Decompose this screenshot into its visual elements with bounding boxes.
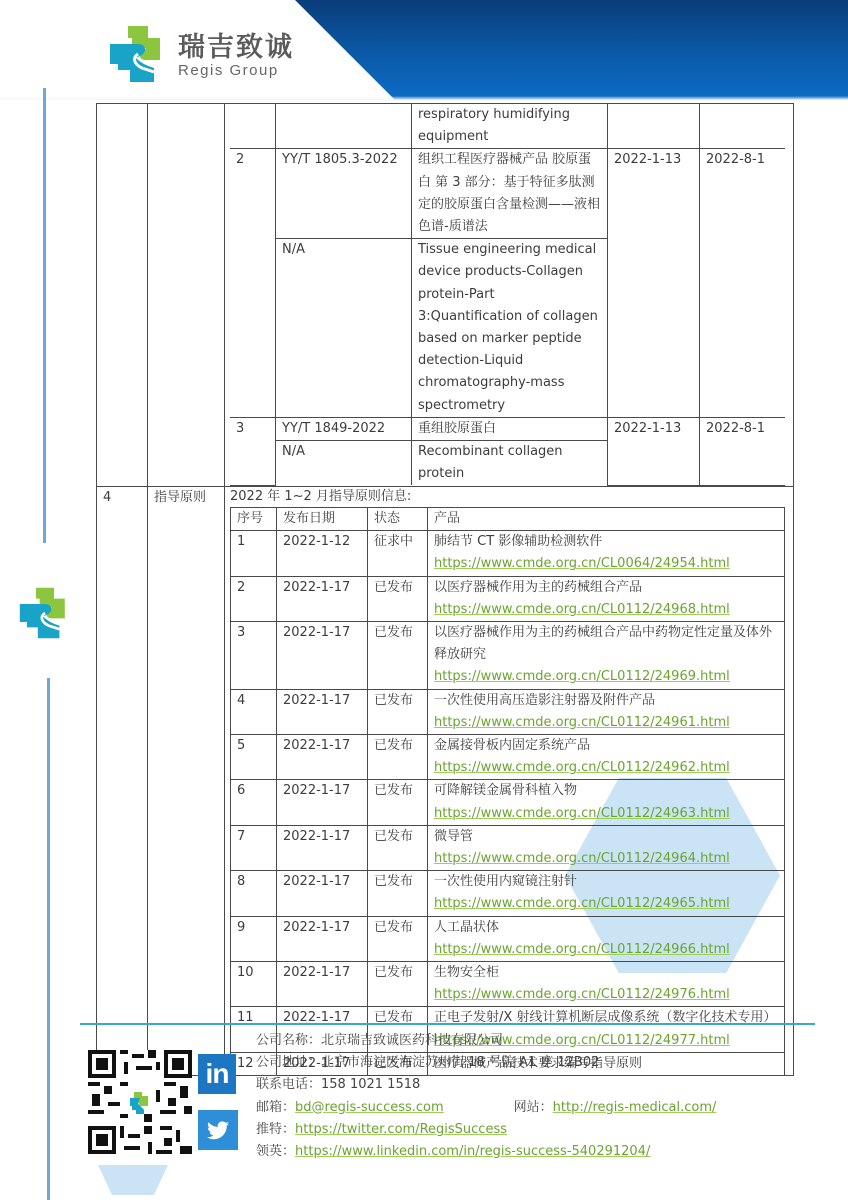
row-category-cell: 指导原则	[148, 486, 225, 1075]
guideline-product: 肺结节 CT 影像辅助检测软件	[434, 531, 778, 553]
linkedin-label: 领英：	[256, 1144, 295, 1159]
guideline-product: 正电子发射/X 射线计算机断层成像系统（数字化技术专用）	[434, 1007, 778, 1029]
guideline-row: 72022-1-17已发布微导管https://www.cmde.org.cn/…	[231, 825, 785, 870]
guideline-product: 人工晶状体	[434, 917, 778, 939]
website-link[interactable]: http://regis-medical.com/	[553, 1100, 717, 1115]
guideline-link[interactable]: https://www.cmde.org.cn/CL0112/24963.htm…	[434, 806, 730, 821]
guideline-row: 102022-1-17已发布生物安全柜https://www.cmde.org.…	[231, 962, 785, 1007]
twitter-icon[interactable]	[198, 1110, 238, 1150]
standard-name: respiratory humidifying equipment	[412, 104, 608, 149]
standard-code: YY/T 1805.3-2022	[276, 149, 412, 239]
guideline-product-cell: 一次性使用高压造影注射器及附件产品https://www.cmde.org.cn…	[428, 689, 785, 734]
standard-code	[276, 104, 412, 149]
guideline-link[interactable]: https://www.cmde.org.cn/CL0112/24969.htm…	[434, 669, 730, 684]
guideline-link[interactable]: https://www.cmde.org.cn/CL0112/24965.htm…	[434, 896, 730, 911]
footer-email-website: 邮箱：bd@regis-success.com网站：http://regis-m…	[256, 1097, 716, 1119]
qr-code-icon[interactable]	[88, 1050, 192, 1154]
footer-linkedin: 领英：https://www.linkedin.com/in/regis-suc…	[256, 1141, 716, 1163]
address-label: 公司地址：	[256, 1055, 321, 1070]
row-number-cell: 4	[97, 486, 148, 1075]
guideline-link[interactable]: https://www.cmde.org.cn/CL0112/24976.htm…	[434, 987, 730, 1002]
guideline-date: 2022-1-17	[277, 825, 368, 870]
publish-date	[608, 104, 700, 149]
guidelines-title: 2022 年 1~2 月指导原则信息:	[230, 487, 785, 507]
standards-table: respiratory humidifying equipment 2 YY/T…	[230, 104, 785, 486]
guideline-row: 92022-1-17已发布人工晶状体https://www.cmde.org.c…	[231, 916, 785, 961]
footer-company: 公司名称：北京瑞吉致诚医药科技有限公司	[256, 1030, 716, 1052]
guideline-product: 微导管	[434, 826, 778, 848]
guideline-number: 10	[231, 962, 277, 1007]
guideline-product: 生物安全柜	[434, 962, 778, 984]
side-logo-icon	[18, 585, 72, 641]
standard-name-en: Recombinant collagen protein	[412, 441, 608, 486]
website-label: 网站：	[514, 1100, 553, 1115]
guideline-date: 2022-1-17	[277, 962, 368, 1007]
regulation-table: respiratory humidifying equipment 2 YY/T…	[96, 103, 794, 1076]
guideline-product: 一次性使用内窥镜注射针	[434, 871, 778, 893]
guideline-product-cell: 一次性使用内窥镜注射针https://www.cmde.org.cn/CL011…	[428, 871, 785, 916]
implement-date: 2022-8-1	[700, 149, 786, 417]
guideline-date: 2022-1-17	[277, 916, 368, 961]
linkedin-link[interactable]: https://www.linkedin.com/in/regis-succes…	[295, 1144, 650, 1159]
guideline-number: 1	[231, 531, 277, 576]
column-header: 状态	[368, 507, 428, 530]
guideline-product-cell: 金属接骨板内固定系统产品https://www.cmde.org.cn/CL01…	[428, 734, 785, 779]
company-label: 公司名称：	[256, 1033, 321, 1048]
row-category-cell	[148, 104, 225, 487]
guideline-date: 2022-1-17	[277, 621, 368, 689]
footer-divider	[80, 1023, 815, 1025]
guideline-row: 62022-1-17已发布可降解镁金属骨科植入物https://www.cmde…	[231, 780, 785, 825]
guideline-date: 2022-1-17	[277, 780, 368, 825]
address-value: 北京市海淀区海淀苏州街 18 号院 A1 座 12B02	[321, 1055, 599, 1070]
guideline-link[interactable]: https://www.cmde.org.cn/CL0112/24964.htm…	[434, 851, 730, 866]
guideline-number: 5	[231, 734, 277, 779]
guideline-number: 9	[231, 916, 277, 961]
guideline-product-cell: 人工晶状体https://www.cmde.org.cn/CL0112/2496…	[428, 916, 785, 961]
guideline-link[interactable]: https://www.cmde.org.cn/CL0112/24966.htm…	[434, 942, 730, 957]
twitter-label: 推特：	[256, 1122, 295, 1137]
email-link[interactable]: bd@regis-success.com	[295, 1100, 444, 1115]
standards-cell: respiratory humidifying equipment 2 YY/T…	[225, 104, 794, 487]
table-row-guidelines: 4 指导原则 2022 年 1~2 月指导原则信息: 序号 发布日期 状态 产品…	[97, 486, 794, 1075]
regis-logo-icon	[108, 24, 168, 84]
guideline-row: 32022-1-17已发布以医疗器械作用为主的药械组合产品中药物定性定量及体外释…	[231, 621, 785, 689]
brand-name-en: Regis Group	[178, 63, 279, 79]
watermark-hexagon-small	[98, 1165, 168, 1195]
guideline-product-cell: 肺结节 CT 影像辅助检测软件https://www.cmde.org.cn/C…	[428, 531, 785, 576]
standard-index: 2	[230, 149, 276, 417]
footer-twitter: 推特：https://twitter.com/RegisSuccess	[256, 1119, 716, 1141]
guideline-status: 已发布	[368, 689, 428, 734]
guideline-row: 12022-1-12征求中肺结节 CT 影像辅助检测软件https://www.…	[231, 531, 785, 576]
guideline-date: 2022-1-17	[277, 576, 368, 621]
guideline-number: 3	[231, 621, 277, 689]
standard-code-alt: N/A	[276, 441, 412, 486]
guideline-link[interactable]: https://www.cmde.org.cn/CL0112/24968.htm…	[434, 602, 730, 617]
guideline-number: 6	[231, 780, 277, 825]
standard-name: 组织工程医疗器械产品 胶原蛋白 第 3 部分：基于特征多肽测定的胶原蛋白含量检测…	[412, 149, 608, 239]
table-row: 3 YY/T 1849-2022 重组胶原蛋白 2022-1-13 2022-8…	[230, 417, 785, 440]
publish-date: 2022-1-13	[608, 149, 700, 417]
column-header: 发布日期	[277, 507, 368, 530]
guideline-status: 已发布	[368, 780, 428, 825]
guideline-product-cell: 生物安全柜https://www.cmde.org.cn/CL0112/2497…	[428, 962, 785, 1007]
guideline-row: 22022-1-17已发布以医疗器械作用为主的药械组合产品https://www…	[231, 576, 785, 621]
guideline-product-cell: 可降解镁金属骨科植入物https://www.cmde.org.cn/CL011…	[428, 780, 785, 825]
guideline-product: 金属接骨板内固定系统产品	[434, 735, 778, 757]
guideline-number: 4	[231, 689, 277, 734]
column-header: 序号	[231, 507, 277, 530]
standard-code: YY/T 1849-2022	[276, 417, 412, 440]
guideline-date: 2022-1-12	[277, 531, 368, 576]
guideline-row: 42022-1-17已发布一次性使用高压造影注射器及附件产品https://ww…	[231, 689, 785, 734]
standard-name: 重组胶原蛋白	[412, 417, 608, 440]
guideline-status: 已发布	[368, 825, 428, 870]
guideline-product-cell: 以医疗器械作用为主的药械组合产品中药物定性定量及体外释放研究https://ww…	[428, 621, 785, 689]
guideline-product: 以医疗器械作用为主的药械组合产品中药物定性定量及体外释放研究	[434, 622, 778, 666]
phone-label: 联系电话：	[256, 1077, 321, 1092]
publish-date: 2022-1-13	[608, 417, 700, 485]
guideline-status: 已发布	[368, 962, 428, 1007]
guideline-status: 已发布	[368, 621, 428, 689]
guideline-link[interactable]: https://www.cmde.org.cn/CL0064/24954.htm…	[434, 556, 730, 571]
implement-date: 2022-8-1	[700, 417, 786, 485]
side-rule-top	[43, 88, 46, 543]
guideline-status: 已发布	[368, 916, 428, 961]
guideline-product: 以医疗器械作用为主的药械组合产品	[434, 577, 778, 599]
brand-name-cn: 瑞吉致诚	[178, 33, 294, 63]
guideline-date: 2022-1-17	[277, 871, 368, 916]
table-row-standards: respiratory humidifying equipment 2 YY/T…	[97, 104, 794, 487]
footer-phone: 联系电话：158 1021 1518	[256, 1074, 716, 1096]
guideline-row: 82022-1-17已发布一次性使用内窥镜注射针https://www.cmde…	[231, 871, 785, 916]
guideline-link[interactable]: https://www.cmde.org.cn/CL0112/24962.htm…	[434, 760, 730, 775]
row-number-cell	[97, 104, 148, 487]
linkedin-icon[interactable]: in	[198, 1054, 236, 1094]
guideline-status: 已发布	[368, 734, 428, 779]
guideline-date: 2022-1-17	[277, 734, 368, 779]
guidelines-table: 序号 发布日期 状态 产品 12022-1-12征求中肺结节 CT 影像辅助检测…	[230, 507, 785, 1075]
guidelines-cell: 2022 年 1~2 月指导原则信息: 序号 发布日期 状态 产品 12022-…	[225, 486, 794, 1075]
implement-date	[700, 104, 786, 149]
footer-contact: 公司名称：北京瑞吉致诚医药科技有限公司 公司地址：北京市海淀区海淀苏州街 18 …	[256, 1030, 716, 1163]
guidelines-header-row: 序号 发布日期 状态 产品	[231, 507, 785, 530]
guideline-product-cell: 以医疗器械作用为主的药械组合产品https://www.cmde.org.cn/…	[428, 576, 785, 621]
company-name: 北京瑞吉致诚医药科技有限公司	[321, 1033, 503, 1048]
guideline-status: 征求中	[368, 531, 428, 576]
guideline-product: 一次性使用高压造影注射器及附件产品	[434, 690, 778, 712]
table-row: respiratory humidifying equipment	[230, 104, 785, 149]
table-row: 2 YY/T 1805.3-2022 组织工程医疗器械产品 胶原蛋白 第 3 部…	[230, 149, 785, 239]
guideline-number: 7	[231, 825, 277, 870]
guideline-link[interactable]: https://www.cmde.org.cn/CL0112/24961.htm…	[434, 715, 730, 730]
standard-index	[230, 104, 276, 149]
standard-name-en: Tissue engineering medical device produc…	[412, 239, 608, 418]
email-label: 邮箱：	[256, 1100, 295, 1115]
standard-code-alt: N/A	[276, 239, 412, 418]
footer-address: 公司地址：北京市海淀区海淀苏州街 18 号院 A1 座 12B02	[256, 1052, 716, 1074]
standard-index: 3	[230, 417, 276, 485]
side-rule-bottom	[47, 678, 50, 1200]
column-header: 产品	[428, 507, 785, 530]
twitter-link[interactable]: https://twitter.com/RegisSuccess	[295, 1122, 507, 1137]
guideline-status: 已发布	[368, 576, 428, 621]
guideline-row: 52022-1-17已发布金属接骨板内固定系统产品https://www.cmd…	[231, 734, 785, 779]
guideline-status: 已发布	[368, 871, 428, 916]
guideline-number: 8	[231, 871, 277, 916]
guideline-product: 可降解镁金属骨科植入物	[434, 780, 778, 802]
guideline-number: 2	[231, 576, 277, 621]
guideline-product-cell: 微导管https://www.cmde.org.cn/CL0112/24964.…	[428, 825, 785, 870]
header-divider	[0, 96, 848, 100]
phone-value: 158 1021 1518	[321, 1077, 420, 1092]
guideline-date: 2022-1-17	[277, 689, 368, 734]
